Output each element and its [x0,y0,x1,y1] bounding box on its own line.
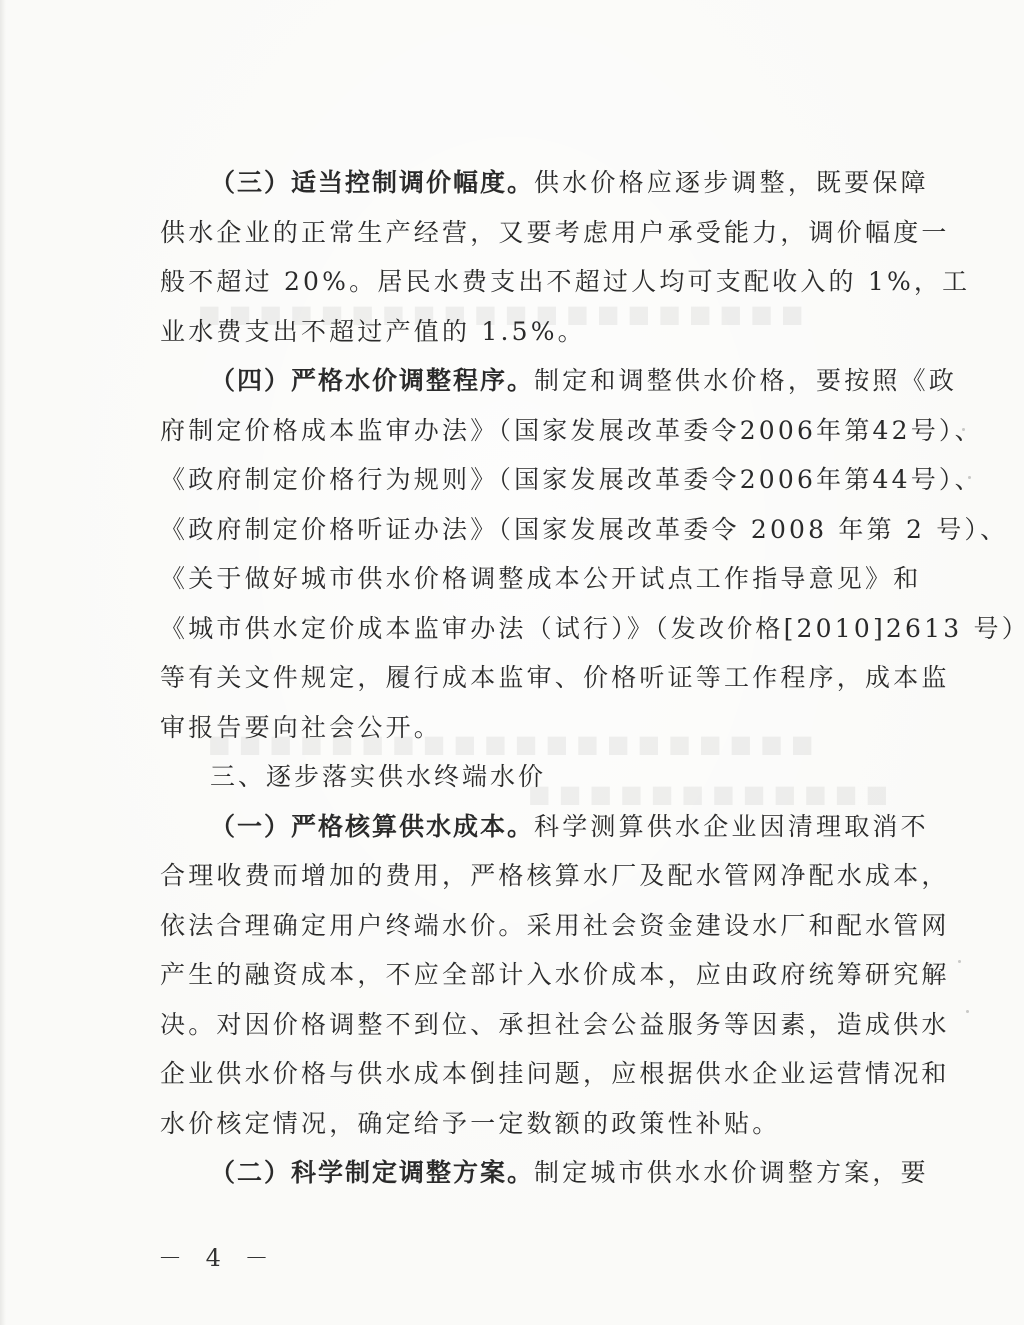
document-body: （三）适当控制调价幅度。供水价格应逐步调整，既要保障 供水企业的正常生产经营，又… [160,158,892,1198]
paragraph-line: 般不超过 20%。居民水费支出不超过人均可支配收入的 1%，工 [160,257,892,307]
paragraph-line: 《关于做好城市供水价格调整成本公开试点工作指导意见》和 [160,554,892,604]
paragraph-line: 合理收费而增加的费用，严格核算水厂及配水管网净配水成本， [160,851,892,901]
paragraph-line: 决。对因价格调整不到位、承担社会公益服务等因素，造成供水 [160,1000,892,1050]
scanned-page: ■■■■■■■■■■■■■■■■■■■■ ■■■■■■■■■■■■■■■■■■■… [0,0,1024,1325]
paragraph-line: 《政府制定价格行为规则》（国家发展改革委令2006年第44号）、 [160,455,892,505]
paragraph-line: 府制定价格成本监审办法》（国家发展改革委令2006年第42号）、 [160,406,892,456]
paragraph-heading: （四）严格水价调整程序。 [210,366,534,395]
paragraph-line: 产生的融资成本，不应全部计入水价成本，应由政府统筹研究解 [160,950,892,1000]
paragraph-heading: （二）科学制定调整方案。 [210,1158,534,1187]
page-number: － 4 － [158,1238,277,1273]
paragraph-heading: （三）适当控制调价幅度。 [210,168,534,197]
paragraph-line: 依法合理确定用户终端水价。采用社会资金建设水厂和配水管网 [160,901,892,951]
paragraph-text: 制定城市供水水价调整方案，要 [534,1158,929,1187]
scan-speck [958,960,961,963]
scan-edge-shadow [0,0,6,1325]
paragraph-heading: （一）严格核算供水成本。 [210,812,534,841]
paragraph-line: （一）严格核算供水成本。科学测算供水企业因清理取消不 [160,802,892,852]
paragraph-line: 水价核定情况，确定给予一定数额的政策性补贴。 [160,1099,892,1149]
paragraph-line: 供水企业的正常生产经营，又要考虑用户承受能力，调价幅度一 [160,208,892,258]
paragraph-line: 业水费支出不超过产值的 1.5%。 [160,307,892,357]
paragraph-text: 科学测算供水企业因清理取消不 [534,812,929,841]
section-heading: 三、逐步落实供水终端水价 [160,752,892,802]
paragraph-line: 企业供水价格与供水成本倒挂问题，应根据供水企业运营情况和 [160,1049,892,1099]
paragraph-line: 审报告要向社会公开。 [160,703,892,753]
paragraph-line: （二）科学制定调整方案。制定城市供水水价调整方案，要 [160,1148,892,1198]
paragraph-text: 供水价格应逐步调整，既要保障 [534,168,929,197]
paragraph-line: 《政府制定价格听证办法》（国家发展改革委令 2008 年第 2 号）、 [160,505,892,555]
paragraph-line: （三）适当控制调价幅度。供水价格应逐步调整，既要保障 [160,158,892,208]
paragraph-line: 等有关文件规定，履行成本监审、价格听证等工作程序，成本监 [160,653,892,703]
paragraph-line: 《城市供水定价成本监审办法（试行）》（发改价格[2010]2613 号） [160,604,892,654]
scan-speck [966,1010,969,1013]
paragraph-line: （四）严格水价调整程序。制定和调整供水价格，要按照《政 [160,356,892,406]
paragraph-text: 制定和调整供水价格，要按照《政 [534,366,957,395]
